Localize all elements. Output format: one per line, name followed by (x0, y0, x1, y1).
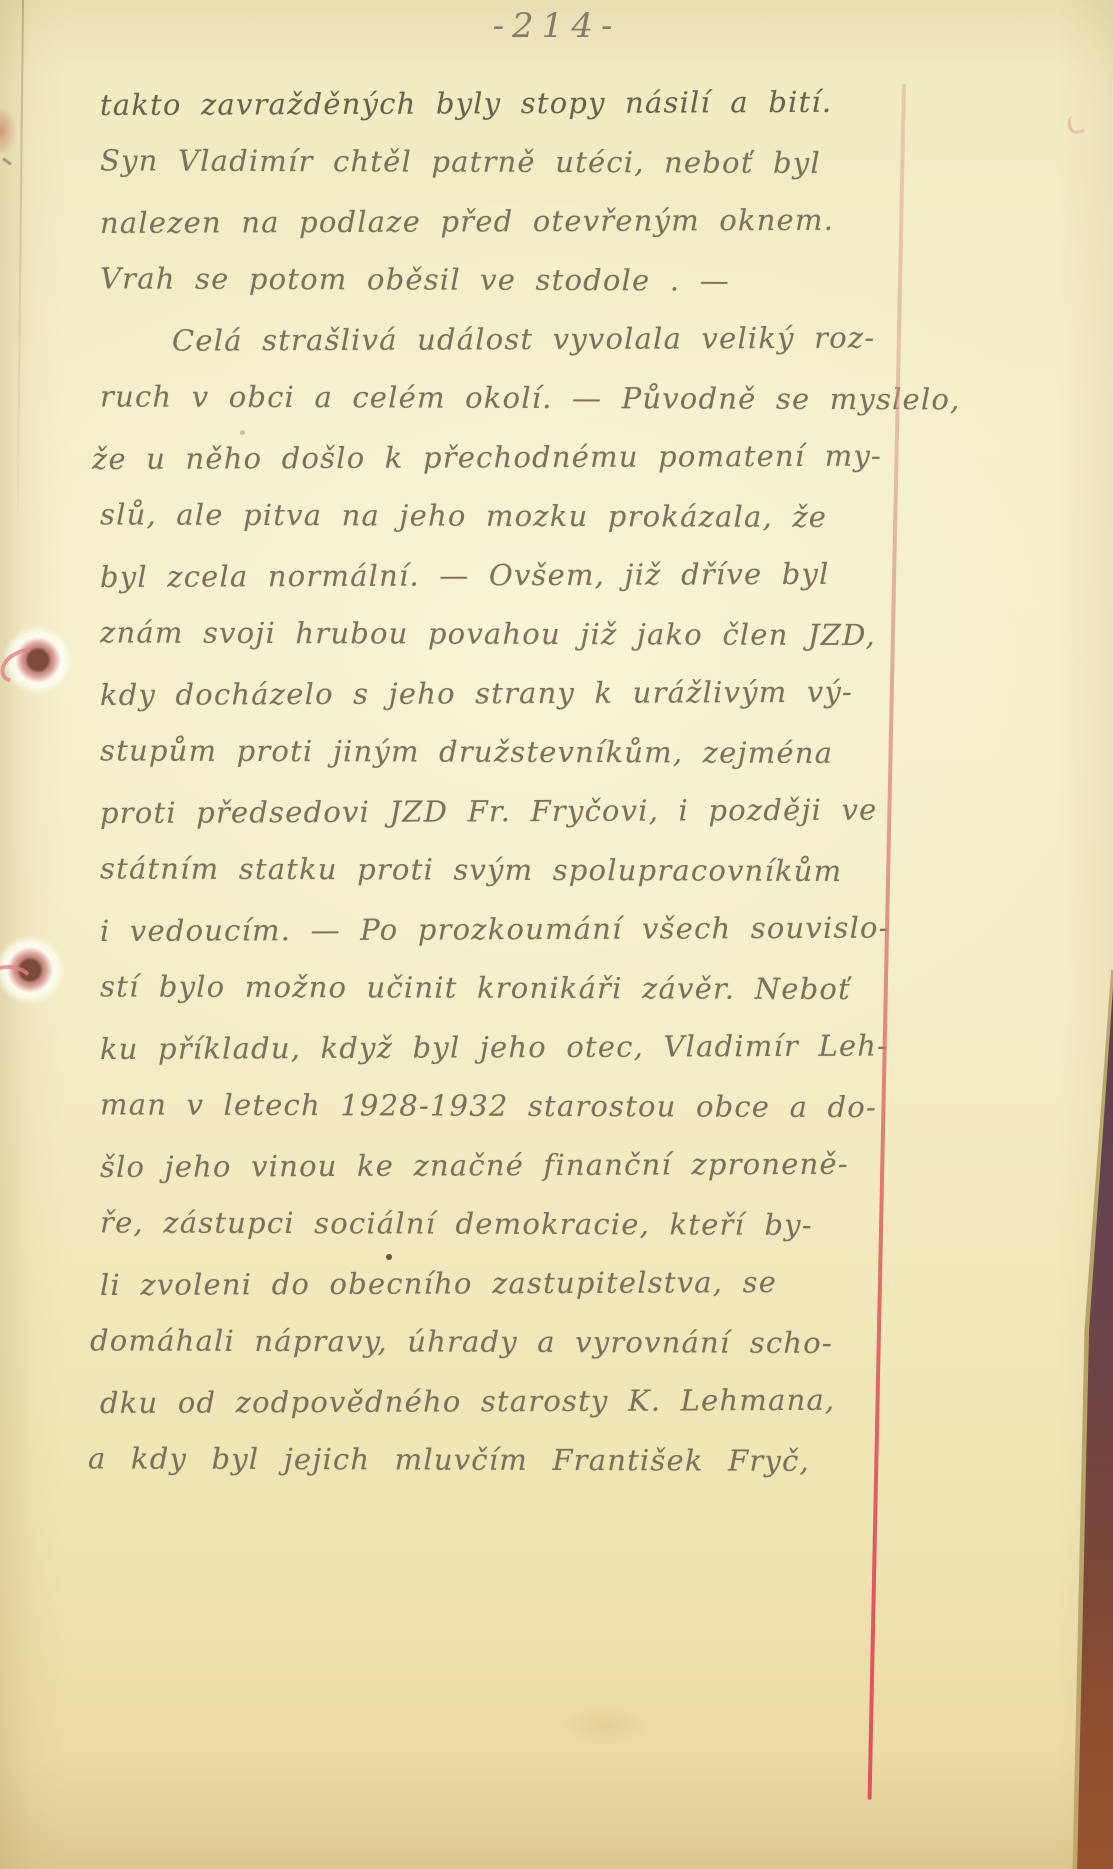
handwritten-line: li zvoleni do obecního zastupitelstva, s… (0, 1264, 1113, 1328)
handwritten-line: nalezen na podlaze před otevřeným oknem. (0, 202, 1113, 266)
handwritten-line: domáhali nápravy, úhrady a vyrovnání sch… (0, 1323, 1113, 1386)
ink-speck (386, 1254, 392, 1260)
handwritten-line: stupům proti jiným družstevníkům, zejmén… (0, 733, 1113, 796)
torn-thread-icon (0, 960, 34, 1000)
torn-thread-icon (0, 644, 45, 689)
page-number: -214- (0, 6, 1113, 46)
handwritten-line: Syn Vladimír chtěl patrně utéci, neboť b… (0, 143, 1113, 206)
handwritten-line: ře, zástupci sociální demokracie, kteří … (0, 1205, 1113, 1268)
handwritten-line: Vrah se potom oběsil ve stodole . — (0, 261, 1113, 324)
handwritten-line: takto zavražděných byly stopy násilí a b… (0, 84, 1113, 148)
handwritten-text-block: takto zavražděných byly stopy násilí a b… (0, 86, 1113, 1502)
handwritten-line: ruch v obci a celém okolí. — Původně se … (0, 379, 1113, 442)
handwritten-line: stí bylo možno učinit kronikáři závěr. N… (0, 969, 1113, 1032)
handwritten-line: znám svoji hrubou povahou již jako člen … (0, 615, 1113, 678)
handwritten-line: dku od zodpovědného starosty K. Lehmana, (0, 1382, 1113, 1446)
handwritten-line: a kdy byl jejich mluvčím František Fryč, (0, 1441, 1113, 1504)
handwritten-line: šlo jeho vinou ke značné finanční zprone… (0, 1146, 1113, 1210)
chronicle-scan-page: -214- takto zavražděných byly stopy nási… (0, 0, 1113, 1869)
binder-hole-top (3, 625, 73, 695)
handwritten-line: kdy docházelo s jeho strany k urážlivým … (0, 674, 1113, 738)
handwritten-line: byl zcela normální. — Ovšem, již dříve b… (0, 556, 1113, 620)
handwritten-line: Celá strašlivá událost vyvolala veliký r… (0, 320, 1113, 384)
paper-stain (560, 1705, 650, 1745)
handwritten-line: i vedoucím. — Po prozkoumání všech souvi… (0, 910, 1113, 974)
handwritten-line: státním statku proti svým spolupracovník… (0, 851, 1113, 914)
handwritten-line: proti předsedovi JZD Fr. Fryčovi, i pozd… (0, 792, 1113, 856)
handwritten-line: že u něho došlo k přechodnému pomatení m… (0, 438, 1113, 502)
handwritten-line: man v letech 1928-1932 starostou obce a … (0, 1087, 1113, 1150)
left-edge-smudge (0, 108, 16, 154)
handwritten-line: ku příkladu, když byl jeho otec, Vladimí… (0, 1028, 1113, 1092)
paper-speck (240, 430, 245, 435)
handwritten-line: slů, ale pitva na jeho mozku prokázala, … (0, 497, 1113, 560)
